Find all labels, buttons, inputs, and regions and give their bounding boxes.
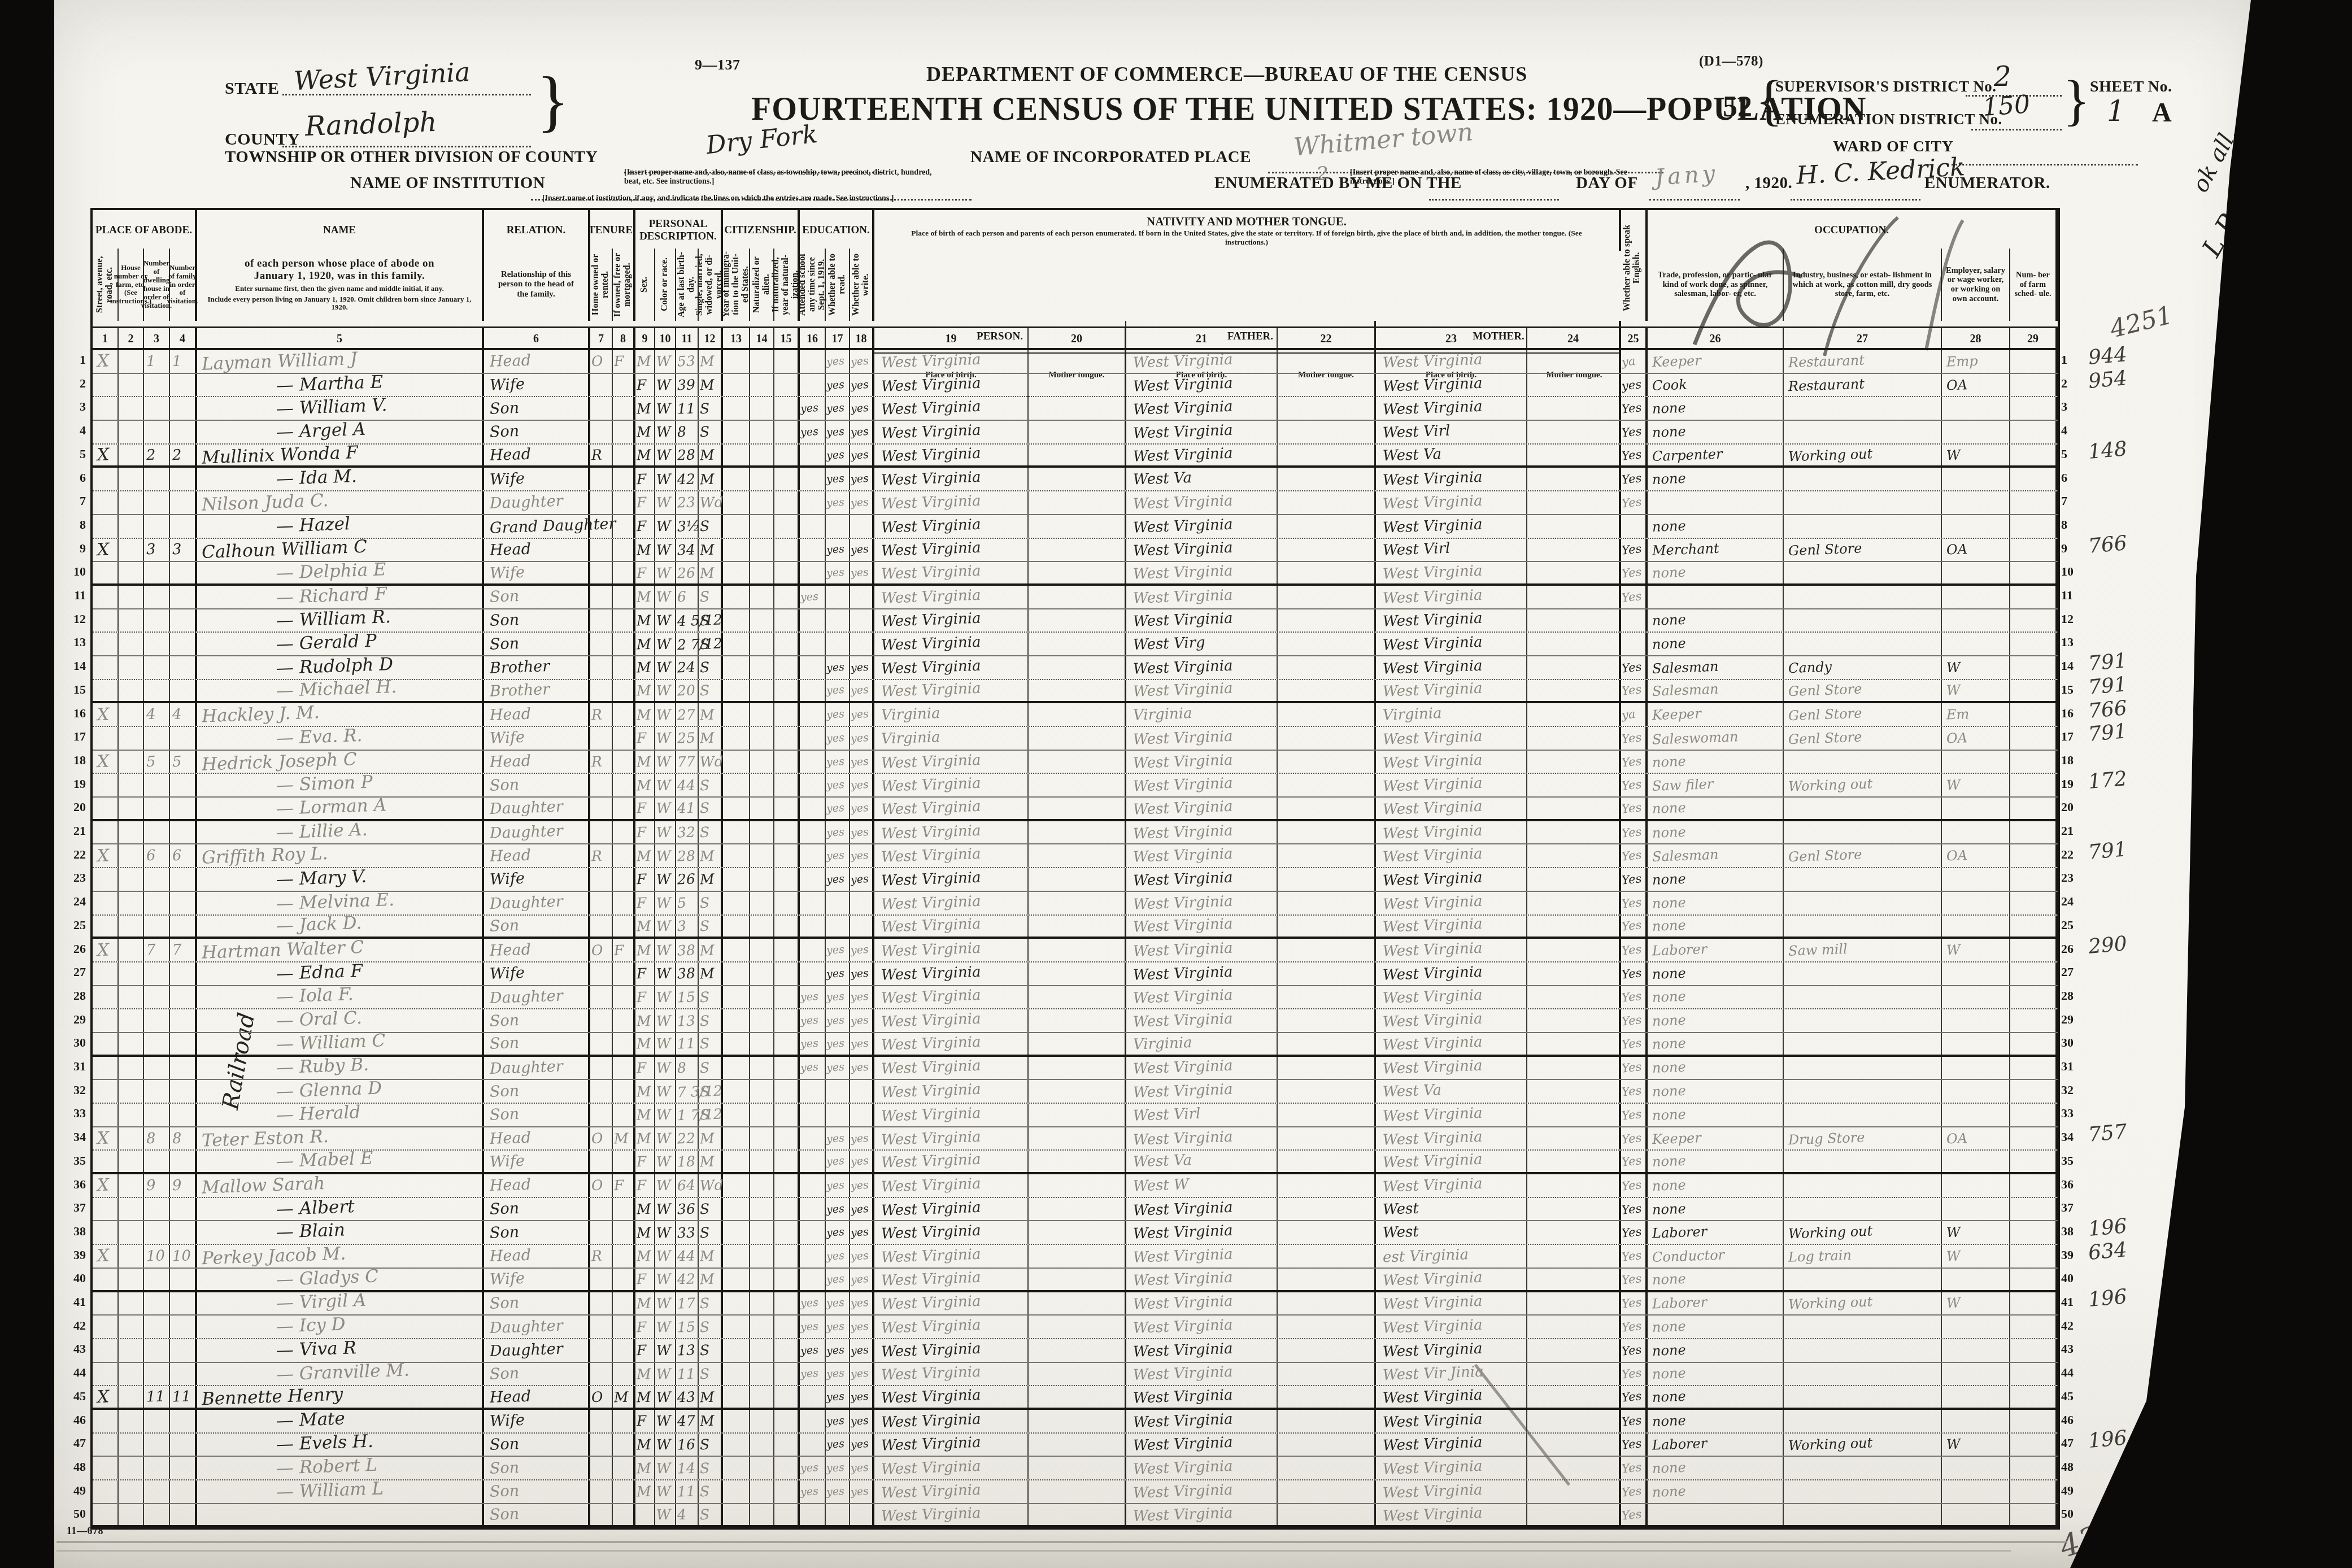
row34-col14 (750, 1127, 774, 1150)
row18-col9: M (635, 751, 655, 773)
row41-col20 (1029, 1292, 1126, 1315)
row7-col3 (144, 491, 170, 514)
row48-col2 (119, 1457, 144, 1479)
line-number-right-21: 21 (2061, 824, 2074, 838)
row50-col11: 4 (676, 1504, 699, 1526)
table-row: — Jack D.SonMW3SWest VirginiaWest Virgin… (93, 916, 2058, 939)
row45-col13 (723, 1386, 750, 1408)
group-9: PERSONAL DESCRIPTION. (635, 210, 723, 251)
table-rows: X11Layman William JHeadOFMW53MyesyesWest… (90, 348, 2060, 1530)
row38-col21: West Virginia (1126, 1221, 1278, 1244)
row5-col7: R (590, 445, 613, 466)
row40-col6: Wife (484, 1269, 590, 1290)
row42-col27 (1784, 1316, 1942, 1338)
line-number-left-48: 48 (63, 1460, 86, 1474)
row8-col19: West Virginia (874, 515, 1029, 538)
row32-col7 (590, 1080, 613, 1103)
row37-col5: — Albert (197, 1198, 484, 1221)
row15-col26: Salesman (1648, 680, 1784, 702)
colnum-16: 16 (800, 328, 826, 350)
row26-col15 (774, 939, 800, 961)
row46-col3 (144, 1410, 170, 1432)
row29-col23: West Virginia (1376, 1009, 1527, 1032)
row16-col5: Hackley J. M. (197, 703, 484, 726)
row14-col17: yes (826, 656, 850, 679)
line-number-left-8: 8 (63, 517, 86, 532)
row44-col18: yes (850, 1363, 874, 1386)
row37-col27 (1784, 1198, 1942, 1221)
row46-col21: West Virginia (1126, 1410, 1278, 1432)
row4-col7 (590, 421, 613, 443)
row42-col13 (723, 1316, 750, 1338)
row37-col1 (93, 1198, 119, 1221)
row45-col9: M (635, 1386, 655, 1408)
row46-col7 (590, 1410, 613, 1432)
row50-col9 (635, 1504, 655, 1526)
row17-col25: Yes (1621, 727, 1648, 750)
row32-col26: none (1648, 1080, 1784, 1103)
row47-col13 (723, 1434, 750, 1456)
row25-col15 (774, 916, 800, 937)
enum-district-rule (1971, 120, 2062, 130)
row29-col20 (1029, 1009, 1126, 1032)
line-number-right-49: 49 (2061, 1483, 2074, 1498)
row34-col8: M (613, 1127, 635, 1150)
row23-col17: yes (826, 868, 850, 891)
row26-col18: yes (850, 939, 874, 961)
row48-col20 (1029, 1457, 1126, 1479)
row37-col21: West Virginia (1126, 1198, 1278, 1221)
row16-col6: Head (484, 703, 590, 726)
row49-col19: West Virginia (874, 1480, 1029, 1503)
row37-col29 (2010, 1198, 2058, 1221)
row49-col14 (750, 1480, 774, 1503)
row38-col28: W (1942, 1221, 2010, 1244)
row29-col24 (1527, 1009, 1621, 1032)
row29-col19: West Virginia (874, 1009, 1029, 1032)
row39-col13 (723, 1245, 750, 1268)
row38-col1 (93, 1221, 119, 1244)
row7-col28 (1942, 491, 2010, 514)
row41-col23: West Virginia (1376, 1292, 1527, 1315)
row7-col14 (750, 491, 774, 514)
row9-col3: 3 (144, 539, 170, 561)
colnum-12: 12 (699, 328, 723, 350)
row19-col19: West Virginia (874, 774, 1029, 796)
row6-col14 (750, 468, 774, 490)
row31-col28 (1942, 1057, 2010, 1079)
row30-col11: 11 (676, 1033, 699, 1055)
row23-col29 (2010, 868, 2058, 891)
row5-col1: X (93, 445, 119, 466)
row48-col18: yes (850, 1457, 874, 1479)
row26-col26: Laborer (1648, 939, 1784, 961)
colhead-13: Year of immigra- tion to the Unit- ed St… (723, 249, 750, 321)
row15-col12: S (699, 680, 723, 702)
township-label: TOWNSHIP OR OTHER DIVISION OF COUNTY (225, 148, 598, 167)
row40-col25: Yes (1621, 1269, 1648, 1290)
row43-col16: yes (800, 1339, 826, 1362)
row39-col18: yes (850, 1245, 874, 1268)
row3-col25: Yes (1621, 397, 1648, 420)
row19-col13 (723, 774, 750, 796)
row11-col16: yes (800, 586, 826, 608)
row30-col12: S (699, 1033, 723, 1055)
row31-col13 (723, 1057, 750, 1079)
row39-col7: R (590, 1245, 613, 1268)
row6-col23: West Virginia (1376, 468, 1527, 490)
row31-col25: Yes (1621, 1057, 1648, 1079)
table-column-headers: Street, avenue, road, etc.House number o… (90, 249, 2060, 326)
row20-col15 (774, 798, 800, 819)
line-number-left-44: 44 (63, 1365, 86, 1380)
row23-col27 (1784, 868, 1942, 891)
table-row: — Evels H.SonMW16SyesyesWest VirginiaWes… (93, 1434, 2058, 1457)
row50-col23: West Virginia (1376, 1504, 1527, 1526)
row47-col14 (750, 1434, 774, 1456)
row36-col21: West W (1126, 1174, 1278, 1197)
row19-col12: S (699, 774, 723, 796)
row50-col2 (119, 1504, 144, 1526)
row30-col24 (1527, 1033, 1621, 1055)
row5-col17: yes (826, 445, 850, 466)
row32-col5: — Glenna D (197, 1080, 484, 1103)
row36-col12: Wd (699, 1174, 723, 1197)
table-row: — Richard FSonMW6SyesWest VirginiaWest V… (93, 586, 2058, 609)
row36-col10: W (655, 1174, 676, 1197)
row36-col7: O (590, 1174, 613, 1197)
row38-col19: West Virginia (874, 1221, 1029, 1244)
row21-col1 (93, 821, 119, 844)
colnum-8: 8 (613, 328, 635, 350)
row16-col25: ya (1621, 703, 1648, 726)
row40-col9: F (635, 1269, 655, 1290)
row39-col9: M (635, 1245, 655, 1268)
row16-col17: yes (826, 703, 850, 726)
row29-col8 (613, 1009, 635, 1032)
row1-col1: X (93, 350, 119, 373)
row41-col27: Working out (1784, 1292, 1942, 1315)
row44-col3 (144, 1363, 170, 1386)
row42-col20 (1029, 1316, 1126, 1338)
row5-col4: 2 (170, 445, 197, 466)
row39-col20 (1029, 1245, 1126, 1268)
row35-col12: M (699, 1151, 723, 1172)
row29-col2 (119, 1009, 144, 1032)
row50-col17 (826, 1504, 850, 1526)
line-number-left-35: 35 (63, 1153, 86, 1168)
row5-col3: 2 (144, 445, 170, 466)
row7-col18: yes (850, 491, 874, 514)
row14-col11: 24 (676, 656, 699, 679)
row18-col25: Yes (1621, 751, 1648, 773)
row38-col26: Laborer (1648, 1221, 1784, 1244)
row10-col7 (590, 562, 613, 583)
row38-col2 (119, 1221, 144, 1244)
row13-col28 (1942, 633, 2010, 655)
row6-col6: Wife (484, 468, 590, 490)
row21-col16 (800, 821, 826, 844)
row4-col4 (170, 421, 197, 443)
row18-col14 (750, 751, 774, 773)
row21-col26: none (1648, 821, 1784, 844)
row18-col22 (1278, 751, 1376, 773)
row38-col27: Working out (1784, 1221, 1942, 1244)
row46-col17: yes (826, 1410, 850, 1432)
scan-black-edge-left (0, 0, 54, 1568)
line-number-left-25: 25 (63, 918, 86, 933)
row23-col24 (1527, 868, 1621, 891)
row49-col15 (774, 1480, 800, 1503)
row24-col14 (750, 892, 774, 914)
row36-col16 (800, 1174, 826, 1197)
row23-col23: West Virginia (1376, 868, 1527, 891)
row48-col1 (93, 1457, 119, 1479)
row47-col4 (170, 1434, 197, 1456)
line-number-left-3: 3 (63, 399, 86, 414)
row32-col12: S (699, 1080, 723, 1103)
row23-col12: M (699, 868, 723, 891)
row31-col6: Daughter (484, 1057, 590, 1079)
row8-col16 (800, 515, 826, 538)
row40-col20 (1029, 1269, 1126, 1290)
row47-col8 (613, 1434, 635, 1456)
page-title: FOURTEENTH CENSUS OF THE UNITED STATES: … (751, 89, 1866, 128)
line-number-right-12: 12 (2061, 612, 2074, 626)
colhead-8: If owned, free or mortgaged. (613, 249, 635, 321)
row44-col20 (1029, 1363, 1126, 1386)
row49-col24 (1527, 1480, 1621, 1503)
row48-col15 (774, 1457, 800, 1479)
row19-col2 (119, 774, 144, 796)
table-row: — Glenna DSonMW7 3/12SWest VirginiaWest … (93, 1080, 2058, 1104)
row25-col1 (93, 916, 119, 937)
row27-col27 (1784, 962, 1942, 985)
row49-col23: West Virginia (1376, 1480, 1527, 1503)
row11-col18 (850, 586, 874, 608)
row49-col4 (170, 1480, 197, 1503)
row48-col13 (723, 1457, 750, 1479)
row2-col15 (774, 374, 800, 397)
row44-col9: M (635, 1363, 655, 1386)
enum-district-value: 150 (1981, 90, 2031, 122)
row22-col5: Griffith Roy L. (197, 844, 484, 867)
row43-col26: none (1648, 1339, 1784, 1362)
row41-col13 (723, 1292, 750, 1315)
row11-col5: — Richard F (197, 586, 484, 608)
row46-col2 (119, 1410, 144, 1432)
row50-col27 (1784, 1504, 1942, 1526)
row37-col17: yes (826, 1198, 850, 1221)
row10-col23: West Virginia (1376, 562, 1527, 583)
line-number-left-49: 49 (63, 1483, 86, 1498)
row4-col22 (1278, 421, 1376, 443)
row32-col3 (144, 1080, 170, 1103)
row50-col25: Yes (1621, 1504, 1648, 1526)
row10-col15 (774, 562, 800, 583)
row46-col24 (1527, 1410, 1621, 1432)
row29-col14 (750, 1009, 774, 1032)
row18-col28 (1942, 751, 2010, 773)
row39-col2 (119, 1245, 144, 1268)
row22-col26: Salesman (1648, 844, 1784, 867)
row12-col4 (170, 609, 197, 632)
row22-col16 (800, 844, 826, 867)
row49-col9: M (635, 1480, 655, 1503)
table-row: — William LSonMW11SyesyesyesWest Virgini… (93, 1480, 2058, 1504)
row17-col17: yes (826, 727, 850, 750)
row36-col19: West Virginia (874, 1174, 1029, 1197)
row1-col22 (1278, 350, 1376, 373)
row35-col26: none (1648, 1151, 1784, 1172)
row7-col27 (1784, 491, 1942, 514)
row39-col27: Log train (1784, 1245, 1942, 1268)
row41-col28: W (1942, 1292, 2010, 1315)
row33-col19: West Virginia (874, 1104, 1029, 1126)
row23-col11: 26 (676, 868, 699, 891)
row3-col23: West Virginia (1376, 397, 1527, 420)
table-row: X22Mullinix Wonda FHeadRMW28MyesyesWest … (93, 445, 2058, 468)
row3-col3 (144, 397, 170, 420)
department-line: DEPARTMENT OF COMMERCE—BUREAU OF THE CEN… (926, 62, 1527, 86)
row23-col6: Wife (484, 868, 590, 891)
row37-col25: Yes (1621, 1198, 1648, 1221)
row5-col22 (1278, 445, 1376, 466)
margin-figure-39: 634 (2087, 1238, 2128, 1265)
row37-col22 (1278, 1198, 1376, 1221)
row42-col14 (750, 1316, 774, 1338)
row47-col15 (774, 1434, 800, 1456)
colnum-10: 10 (655, 328, 676, 350)
row1-col27: Restaurant (1784, 350, 1942, 373)
row1-col8: F (613, 350, 635, 373)
row20-col5: — Lorman A (197, 798, 484, 819)
row10-col10: W (655, 562, 676, 583)
row4-col13 (723, 421, 750, 443)
row30-col8 (613, 1033, 635, 1055)
row24-col3 (144, 892, 170, 914)
row23-col15 (774, 868, 800, 891)
row50-col14 (750, 1504, 774, 1526)
row5-col6: Head (484, 445, 590, 466)
row9-col22 (1278, 539, 1376, 561)
row46-col12: M (699, 1410, 723, 1432)
row17-col2 (119, 727, 144, 750)
line-number-left-19: 19 (63, 777, 86, 791)
row27-col26: none (1648, 962, 1784, 985)
row15-col14 (750, 680, 774, 702)
row38-col7 (590, 1221, 613, 1244)
row4-col12: S (699, 421, 723, 443)
row50-col6: Son (484, 1504, 590, 1526)
row2-col11: 39 (676, 374, 699, 397)
row16-col28: Em (1942, 703, 2010, 726)
row9-col23: West Virl (1376, 539, 1527, 561)
row3-col29 (2010, 397, 2058, 420)
line-number-right-4: 4 (2061, 423, 2067, 438)
row13-col4 (170, 633, 197, 655)
row35-col9: F (635, 1151, 655, 1172)
row21-col14 (750, 821, 774, 844)
row44-col11: 11 (676, 1363, 699, 1386)
row37-col7 (590, 1198, 613, 1221)
row45-col3: 11 (144, 1386, 170, 1408)
row18-col11: 77 (676, 751, 699, 773)
row25-col11: 3 (676, 916, 699, 937)
row3-col27 (1784, 397, 1942, 420)
row9-col12: M (699, 539, 723, 561)
row38-col6: Son (484, 1221, 590, 1244)
line-number-left-23: 23 (63, 870, 86, 885)
row9-col10: W (655, 539, 676, 561)
row21-col13 (723, 821, 750, 844)
row33-col5: — Herald (197, 1104, 484, 1126)
sheet-letter: A (2152, 97, 2172, 128)
row29-col1 (93, 1009, 119, 1032)
row25-col29 (2010, 916, 2058, 937)
row23-col25: Yes (1621, 868, 1648, 891)
row45-col20 (1029, 1386, 1126, 1408)
fold-line-2 (56, 1550, 2011, 1552)
row14-col1 (93, 656, 119, 679)
row41-col25: Yes (1621, 1292, 1648, 1315)
row10-col25: Yes (1621, 562, 1648, 583)
row3-col20 (1029, 397, 1126, 420)
row18-col24 (1527, 751, 1621, 773)
row48-col17: yes (826, 1457, 850, 1479)
row47-col1 (93, 1434, 119, 1456)
line-number-right-5: 5 (2061, 447, 2067, 461)
row8-col15 (774, 515, 800, 538)
row8-col9: F (635, 515, 655, 538)
row2-col16 (800, 374, 826, 397)
row9-col27: Genl Store (1784, 539, 1942, 561)
row8-col3 (144, 515, 170, 538)
row12-col10: W (655, 609, 676, 632)
row18-col23: West Virginia (1376, 751, 1527, 773)
row13-col24 (1527, 633, 1621, 655)
row29-col6: Son (484, 1009, 590, 1032)
row6-col26: none (1648, 468, 1784, 490)
row4-col6: Son (484, 421, 590, 443)
row43-col7 (590, 1339, 613, 1362)
line-number-left-24: 24 (63, 894, 86, 909)
row19-col21: West Virginia (1126, 774, 1278, 796)
row24-col22 (1278, 892, 1376, 914)
row38-col16 (800, 1221, 826, 1244)
row46-col28 (1942, 1410, 2010, 1432)
row36-col20 (1029, 1174, 1126, 1197)
row19-col16 (800, 774, 826, 796)
row3-col22 (1278, 397, 1376, 420)
group-26: OCCUPATION. (1648, 210, 2058, 251)
row46-col27 (1784, 1410, 1942, 1432)
row6-col5: — Ida M. (197, 468, 484, 490)
row5-col19: West Virginia (874, 445, 1029, 466)
row1-col11: 53 (676, 350, 699, 373)
row14-col10: W (655, 656, 676, 679)
row48-col19: West Virginia (874, 1457, 1029, 1479)
row18-col27 (1784, 751, 1942, 773)
row3-col19: West Virginia (874, 397, 1029, 420)
row23-col9: F (635, 868, 655, 891)
row18-col4: 5 (170, 751, 197, 773)
row42-col24 (1527, 1316, 1621, 1338)
row45-col22 (1278, 1386, 1376, 1408)
line-number-left-14: 14 (63, 659, 86, 673)
row27-col25: Yes (1621, 962, 1648, 985)
row47-col12: S (699, 1434, 723, 1456)
